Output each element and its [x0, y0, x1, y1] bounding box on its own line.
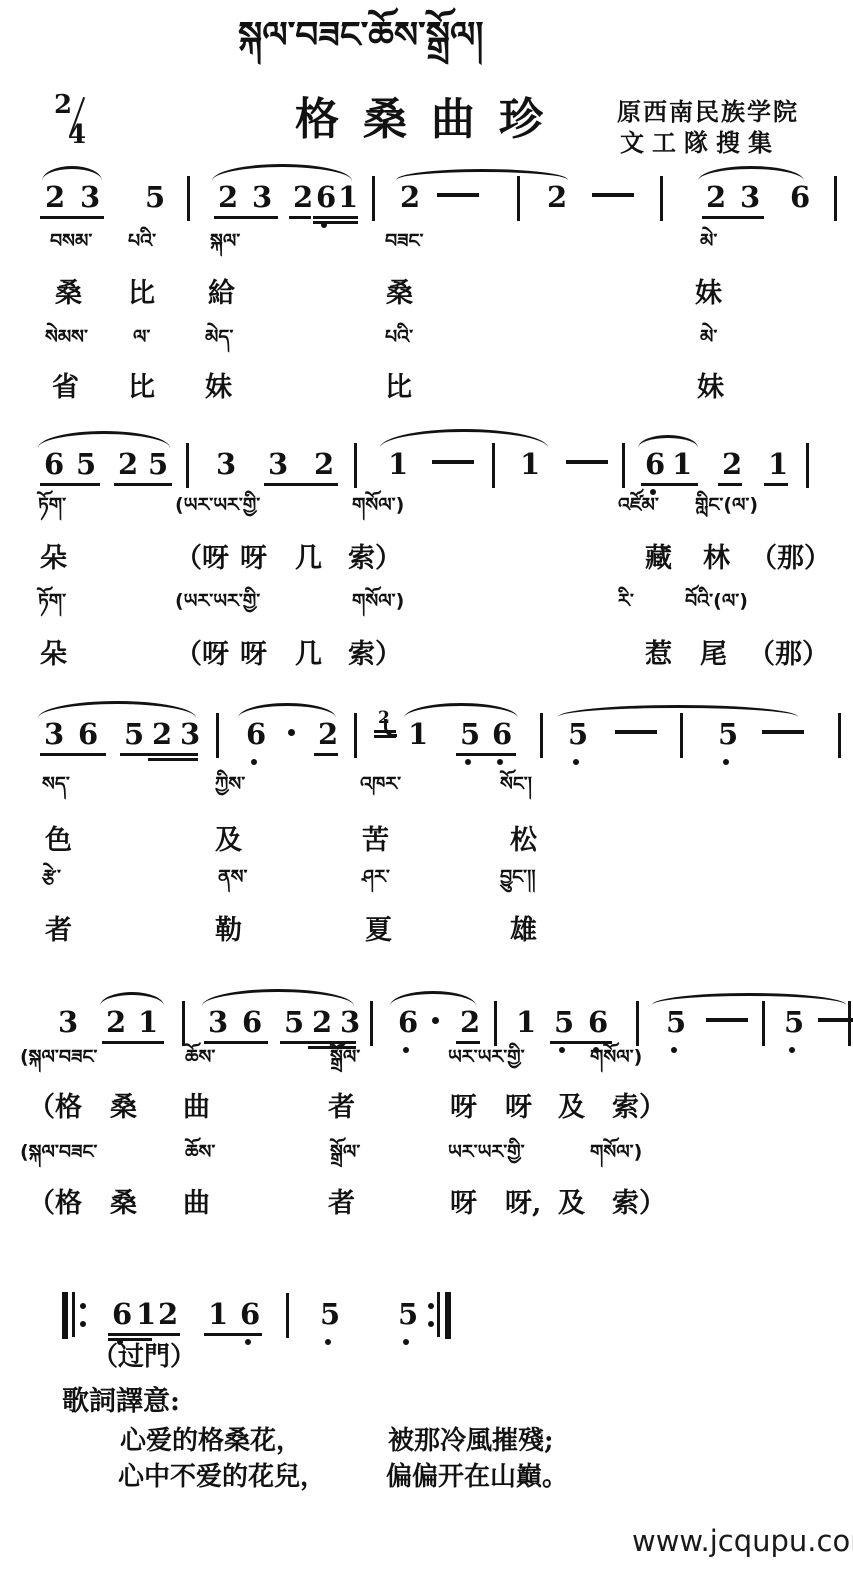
lyric-syllable: པའི་	[128, 232, 156, 251]
note: 5	[718, 717, 738, 751]
note: 3	[44, 717, 64, 751]
lyric-syllable: མེད་	[205, 328, 233, 347]
lyric-syllable: 尾	[700, 641, 727, 668]
lyric-syllable: 比	[385, 374, 412, 401]
note: 5	[124, 717, 144, 751]
lyric-syllable: 呀	[240, 545, 267, 572]
lyric-syllable: （呀	[175, 545, 229, 572]
note: 1	[768, 447, 788, 481]
duration-dash	[615, 730, 657, 734]
lyric-syllable: བོའི་(ལ་)	[685, 592, 748, 611]
note: 1	[388, 447, 408, 481]
lyric-syllable: 者	[328, 1190, 355, 1217]
repeat-dot	[428, 1321, 434, 1327]
repeat-dot	[428, 1303, 434, 1309]
slur-arc	[698, 166, 804, 181]
note: 5	[76, 447, 96, 481]
time-signature-numerator: 2	[54, 92, 72, 118]
note: 6	[588, 1005, 608, 1039]
low-octave-dot	[465, 759, 471, 765]
beam-underline	[764, 483, 788, 486]
note: 2	[45, 180, 65, 214]
barline	[354, 713, 357, 758]
low-octave-dot	[251, 759, 257, 765]
duration-dash	[432, 460, 474, 464]
lyric-syllable: ཀྱིས་	[215, 775, 245, 794]
low-octave-dot	[723, 759, 729, 765]
repeat-start-thick-bar	[62, 1292, 68, 1339]
chinese-verse2-line3: 者勒夏雄	[0, 917, 853, 957]
lyric-syllable: ཤར་	[362, 868, 390, 887]
note: 3	[268, 447, 288, 481]
lyric-syllable: 索）	[612, 1094, 666, 1121]
note: 3	[740, 180, 760, 214]
lyric-syllable: 索）	[612, 1190, 666, 1217]
note: 3	[208, 1005, 228, 1039]
beam-underline	[313, 216, 358, 219]
duration-dash	[437, 193, 479, 197]
note: 6	[246, 717, 266, 751]
note: 2	[118, 447, 138, 481]
lyric-syllable: 苦	[362, 827, 389, 854]
lyric-syllable: མེ་	[700, 328, 717, 347]
beam-underline	[108, 1338, 152, 1341]
lyric-syllable: 桑	[110, 1190, 137, 1217]
note: 6	[492, 717, 512, 751]
note: 3	[340, 1005, 360, 1039]
lyric-syllable: 妹	[695, 280, 722, 307]
lyric-syllable: 勒	[215, 917, 242, 944]
beam-underline	[114, 483, 172, 486]
note: 2	[314, 447, 334, 481]
note: 6	[645, 447, 665, 481]
beam-underline	[264, 483, 338, 486]
lyric-syllable: 給	[208, 280, 235, 307]
chinese-verse1-line3: 色及苦松	[0, 827, 853, 867]
chinese-verse2-line4: （格桑曲者呀呀,及索）	[0, 1190, 853, 1230]
tibetan-verse1-line2: ཏོག་(ཡར་ཡར་གྱི་གསོལ་)འཛོམ་གླིང་(ལ་)	[0, 496, 853, 536]
slur-arc	[558, 705, 798, 717]
lyric-syllable: 几	[295, 641, 322, 668]
lyric-syllable: 藏	[645, 545, 672, 572]
barline	[370, 1001, 373, 1046]
note: 1	[338, 180, 358, 214]
beam-underline	[204, 1333, 262, 1336]
barline	[838, 713, 841, 758]
lyric-syllable: （呀	[175, 641, 229, 668]
barline	[517, 176, 520, 221]
barline	[636, 1001, 639, 1046]
lyric-syllable: གསོལ་)	[590, 1143, 642, 1162]
beam-underline	[641, 483, 698, 486]
note: 5	[145, 180, 165, 214]
low-octave-dot	[403, 1339, 409, 1345]
beam-underline	[40, 483, 100, 486]
lyric-syllable: 索）	[348, 545, 402, 572]
lyric-syllable: 朵	[40, 545, 67, 572]
slur-arc	[202, 989, 354, 1006]
repeat-end-thin-bar	[437, 1292, 440, 1337]
low-octave-dot	[325, 1339, 331, 1345]
note: 6	[112, 1297, 132, 1331]
beam-underline	[314, 753, 338, 756]
lyric-syllable: ལ་	[133, 328, 150, 347]
note: 2	[318, 717, 338, 751]
lyric-syllable: 桑	[55, 280, 82, 307]
note: 6	[240, 1297, 260, 1331]
chinese-verse1-line4: （格桑曲者呀呀及索）	[0, 1094, 853, 1134]
lyric-syllable: 呀,	[505, 1190, 541, 1217]
note: 1	[672, 447, 692, 481]
lyric-syllable: 妹	[697, 374, 724, 401]
note: 6	[44, 447, 64, 481]
note: 1	[138, 1005, 158, 1039]
lyric-syllable: 曲	[183, 1094, 210, 1121]
lyric-syllable: 夏	[365, 917, 392, 944]
lyric-syllable: (ཡར་ཡར་གྱི་	[175, 496, 260, 515]
beam-underline	[289, 216, 311, 219]
lyric-syllable: སོང་།	[500, 775, 532, 794]
lyric-syllable: 及	[558, 1094, 585, 1121]
augmentation-dot	[288, 729, 295, 736]
note: 6	[790, 180, 810, 214]
repeat-end-thick-bar	[445, 1292, 451, 1339]
beam-underline	[456, 753, 516, 756]
barline	[834, 176, 837, 221]
lyric-syllable: གླིང་(ལ་)	[695, 496, 758, 515]
tibetan-verse1-line1: བསམ་པའི་སྐལ་བཟང་མེ་	[0, 232, 853, 272]
lyric-syllable: སེམས་	[45, 328, 88, 347]
barline	[286, 1293, 289, 1338]
low-octave-dot	[245, 1339, 251, 1345]
lyric-syllable: རྩེ་	[42, 868, 61, 887]
lyric-syllable: 朵	[40, 641, 67, 668]
slur-arc	[380, 429, 548, 448]
lyric-syllable: （格	[28, 1190, 82, 1217]
beam-underline	[148, 758, 198, 761]
time-signature-denominator: 4	[68, 122, 86, 148]
beam-underline	[214, 216, 278, 219]
beam-underline	[456, 1041, 480, 1044]
lyric-syllable: སྒྲོལ་	[330, 1048, 360, 1067]
beam-underline	[108, 1333, 180, 1336]
music-line-3: 3652362215655	[0, 717, 853, 777]
slur-arc	[404, 703, 518, 718]
lyric-syllable: 呀	[240, 641, 267, 668]
barline	[660, 176, 663, 221]
lyric-syllable: 曲	[183, 1190, 210, 1217]
note: 5	[784, 1005, 804, 1039]
tibetan-song-title: སྐལ་བཟང་ཆོས་སྒྲོལ།	[238, 18, 483, 54]
note: 3	[58, 1005, 78, 1039]
lyric-syllable: ཡར་ཡར་གྱི་	[448, 1048, 525, 1067]
barline	[216, 713, 219, 758]
lyric-syllable: གསོལ་)	[352, 592, 404, 611]
repeat-dot	[80, 1321, 86, 1327]
lyric-syllable: （那）	[750, 545, 831, 572]
slur-arc	[38, 431, 170, 448]
interlude-label: （过門）	[92, 1344, 196, 1370]
lyric-syllable: བསམ་	[50, 232, 92, 251]
low-octave-dot	[497, 759, 503, 765]
tibetan-verse1-line3: སད་ཀྱིས་འཁར་སོང་།	[0, 775, 853, 815]
chinese-verse2-line2: 朵（呀呀几索）惹尾（那）	[0, 641, 853, 681]
lyric-syllable: 几	[295, 545, 322, 572]
slur-arc	[652, 993, 846, 1005]
lyric-syllable: པའི་	[385, 328, 413, 347]
note: 6	[316, 180, 336, 214]
note: 5	[554, 1005, 574, 1039]
note: 2	[218, 180, 238, 214]
note: 5	[320, 1297, 340, 1331]
barline	[354, 443, 357, 488]
barline	[806, 443, 809, 488]
lyric-syllable: 者	[45, 917, 72, 944]
repeat-dot	[80, 1303, 86, 1309]
note: 2	[460, 1005, 480, 1039]
lyric-syllable: 妹	[205, 374, 232, 401]
lyric-syllable: (སྐལ་བཟང་	[20, 1143, 97, 1162]
lyric-syllable: རི་	[618, 592, 634, 611]
barline	[540, 713, 543, 758]
note: 2	[293, 180, 313, 214]
lyric-syllable: བཟང་	[385, 232, 424, 251]
slur-arc	[396, 169, 568, 180]
song-title: 格桑曲珍	[295, 98, 567, 142]
tibetan-verse2-line4: (སྐལ་བཟང་ཆོས་སྒྲོལ་ཡར་ཡར་གྱི་གསོལ་)	[0, 1143, 853, 1183]
note: 3	[252, 180, 272, 214]
lyric-syllable: 呀	[450, 1190, 477, 1217]
note: 2	[400, 180, 420, 214]
note: 2	[547, 180, 567, 214]
sheet-music-page: སྐལ་བཟང་ཆོས་སྒྲོལ། 2 4 格桑曲珍 原西南民族学院 文工隊搜…	[0, 0, 853, 1573]
tibetan-verse2-line2: ཏོག་(ཡར་ཡར་གྱི་གསོལ་)རི་བོའི་(ལ་)	[0, 592, 853, 632]
beam-underline	[313, 221, 358, 224]
tibetan-verse2-line1: སེམས་ལ་མེད་པའི་མེ་	[0, 328, 853, 368]
lyric-syllable: འཛོམ་	[618, 496, 659, 515]
duration-dash	[706, 1018, 748, 1022]
note: 5	[460, 717, 480, 751]
barline	[186, 443, 189, 488]
duration-dash	[566, 460, 608, 464]
lyric-syllable: 桑	[110, 1094, 137, 1121]
note: 2	[706, 180, 726, 214]
barline	[372, 176, 375, 221]
repeat-start-thin-bar	[72, 1292, 75, 1337]
barline	[622, 443, 625, 488]
augmentation-dot	[432, 1017, 439, 1024]
note: 2	[152, 717, 172, 751]
barline	[494, 1001, 497, 1046]
watermark: www.jcqupu.com	[632, 1527, 853, 1556]
beam-underline	[40, 216, 104, 219]
lyric-syllable: 桑	[386, 280, 413, 307]
note: 6	[398, 1005, 418, 1039]
barline	[762, 1001, 765, 1046]
lyric-syllable: ནས་	[218, 868, 248, 887]
note: 1	[520, 447, 540, 481]
lyric-syllable: (སྐལ་བཟང་	[20, 1048, 97, 1067]
note: 2	[312, 1005, 332, 1039]
note: 5	[148, 447, 168, 481]
barline	[848, 1001, 851, 1046]
lyric-syllable: ཆོས་	[185, 1048, 215, 1067]
lyric-syllable: ཡར་ཡར་གྱི་	[448, 1143, 525, 1162]
note: 3	[216, 447, 236, 481]
note: 5	[284, 1005, 304, 1039]
lyric-syllable: 比	[128, 374, 155, 401]
slur-arc	[38, 701, 196, 718]
translation-line2-right: 偏偏开在山巔。	[386, 1464, 568, 1490]
lyric-syllable: （那）	[748, 641, 829, 668]
translation-line2-left: 心中不爱的花兒，	[118, 1464, 326, 1490]
beam-underline	[204, 1041, 268, 1044]
note: 1	[408, 717, 428, 751]
lyric-syllable: གསོལ་)	[352, 496, 404, 515]
source-credit-line2: 文工隊搜集	[620, 131, 780, 155]
slur-arc	[238, 703, 336, 718]
lyric-syllable: སད་	[42, 775, 70, 794]
lyric-syllable: 松	[510, 827, 537, 854]
note: 1	[136, 1297, 156, 1331]
lyric-syllable: བྱུང་།།	[500, 868, 536, 887]
note: 2	[722, 447, 742, 481]
note: 5	[568, 717, 588, 751]
lyric-syllable: སྒྲོལ་	[330, 1143, 360, 1162]
note: 6	[78, 717, 98, 751]
chinese-verse1-line2: 朵（呀呀几索）藏林（那）	[0, 545, 853, 585]
lyric-syllable: 及	[558, 1190, 585, 1217]
slur-arc	[390, 991, 476, 1006]
low-octave-dot	[573, 759, 579, 765]
lyric-syllable: 者	[328, 1094, 355, 1121]
lyric-syllable: 林	[703, 545, 730, 572]
lyric-syllable: 色	[45, 827, 72, 854]
note: 5	[666, 1005, 686, 1039]
lyric-syllable: ཏོག་	[38, 592, 66, 611]
lyric-syllable: གསོལ་)	[590, 1048, 642, 1067]
lyric-syllable: སྐལ་	[210, 232, 240, 251]
note: 1	[516, 1005, 536, 1039]
chinese-verse2-line1: 省比妹比妹	[0, 374, 853, 414]
lyric-syllable: （格	[28, 1094, 82, 1121]
lyric-syllable: 省	[52, 374, 79, 401]
note: 5	[398, 1297, 418, 1331]
lyric-syllable: 呀	[505, 1094, 532, 1121]
source-credit-line1: 原西南民族学院	[617, 100, 799, 124]
lyric-syllable: 呀	[450, 1094, 477, 1121]
translation-line1-right: 被那冷風摧殘;	[388, 1428, 554, 1454]
barline	[187, 176, 190, 221]
lyric-syllable: 索）	[348, 641, 402, 668]
lyric-syllable: མེ་	[700, 232, 717, 251]
lyric-syllable: 及	[215, 827, 242, 854]
beam-underline	[718, 483, 742, 486]
lyric-syllable: (ཡར་ཡར་གྱི་	[175, 592, 260, 611]
barline	[182, 1001, 185, 1046]
beam-underline	[102, 1041, 164, 1044]
lyric-syllable: 雄	[510, 917, 537, 944]
lyric-syllable: ཆོས་	[185, 1143, 215, 1162]
note: 3	[80, 180, 100, 214]
lyric-syllable: 比	[128, 280, 155, 307]
note: 6	[242, 1005, 262, 1039]
translation-line1-left: 心爱的格桑花，	[120, 1428, 302, 1454]
slur-arc	[100, 992, 164, 1006]
barline	[492, 443, 495, 488]
lyric-syllable: ཏོག་	[38, 496, 66, 515]
beam-underline	[40, 753, 106, 756]
note: 3	[180, 717, 200, 751]
lyric-syllable: 惹	[645, 641, 672, 668]
duration-dash	[592, 193, 634, 197]
lyric-syllable: འཁར་	[360, 775, 401, 794]
tibetan-verse1-line4: (སྐལ་བཟང་ཆོས་སྒྲོལ་ཡར་ཡར་གྱི་གསོལ་)	[0, 1048, 853, 1088]
chinese-verse1-line1: 桑比給桑妹	[0, 280, 853, 320]
translation-heading: 歌詞譯意:	[62, 1388, 180, 1415]
tibetan-verse2-line3: རྩེ་ནས་ཤར་བྱུང་།།	[0, 868, 853, 908]
note: 2	[158, 1297, 178, 1331]
note: 1	[208, 1297, 228, 1331]
beam-underline	[550, 1041, 612, 1044]
slur-arc	[212, 164, 352, 181]
duration-dash	[762, 730, 804, 734]
note: 2	[106, 1005, 126, 1039]
barline	[680, 713, 683, 758]
beam-underline	[280, 1041, 356, 1044]
slur-arc	[42, 166, 102, 181]
beam-underline	[702, 216, 764, 219]
beam-underline	[120, 753, 198, 756]
